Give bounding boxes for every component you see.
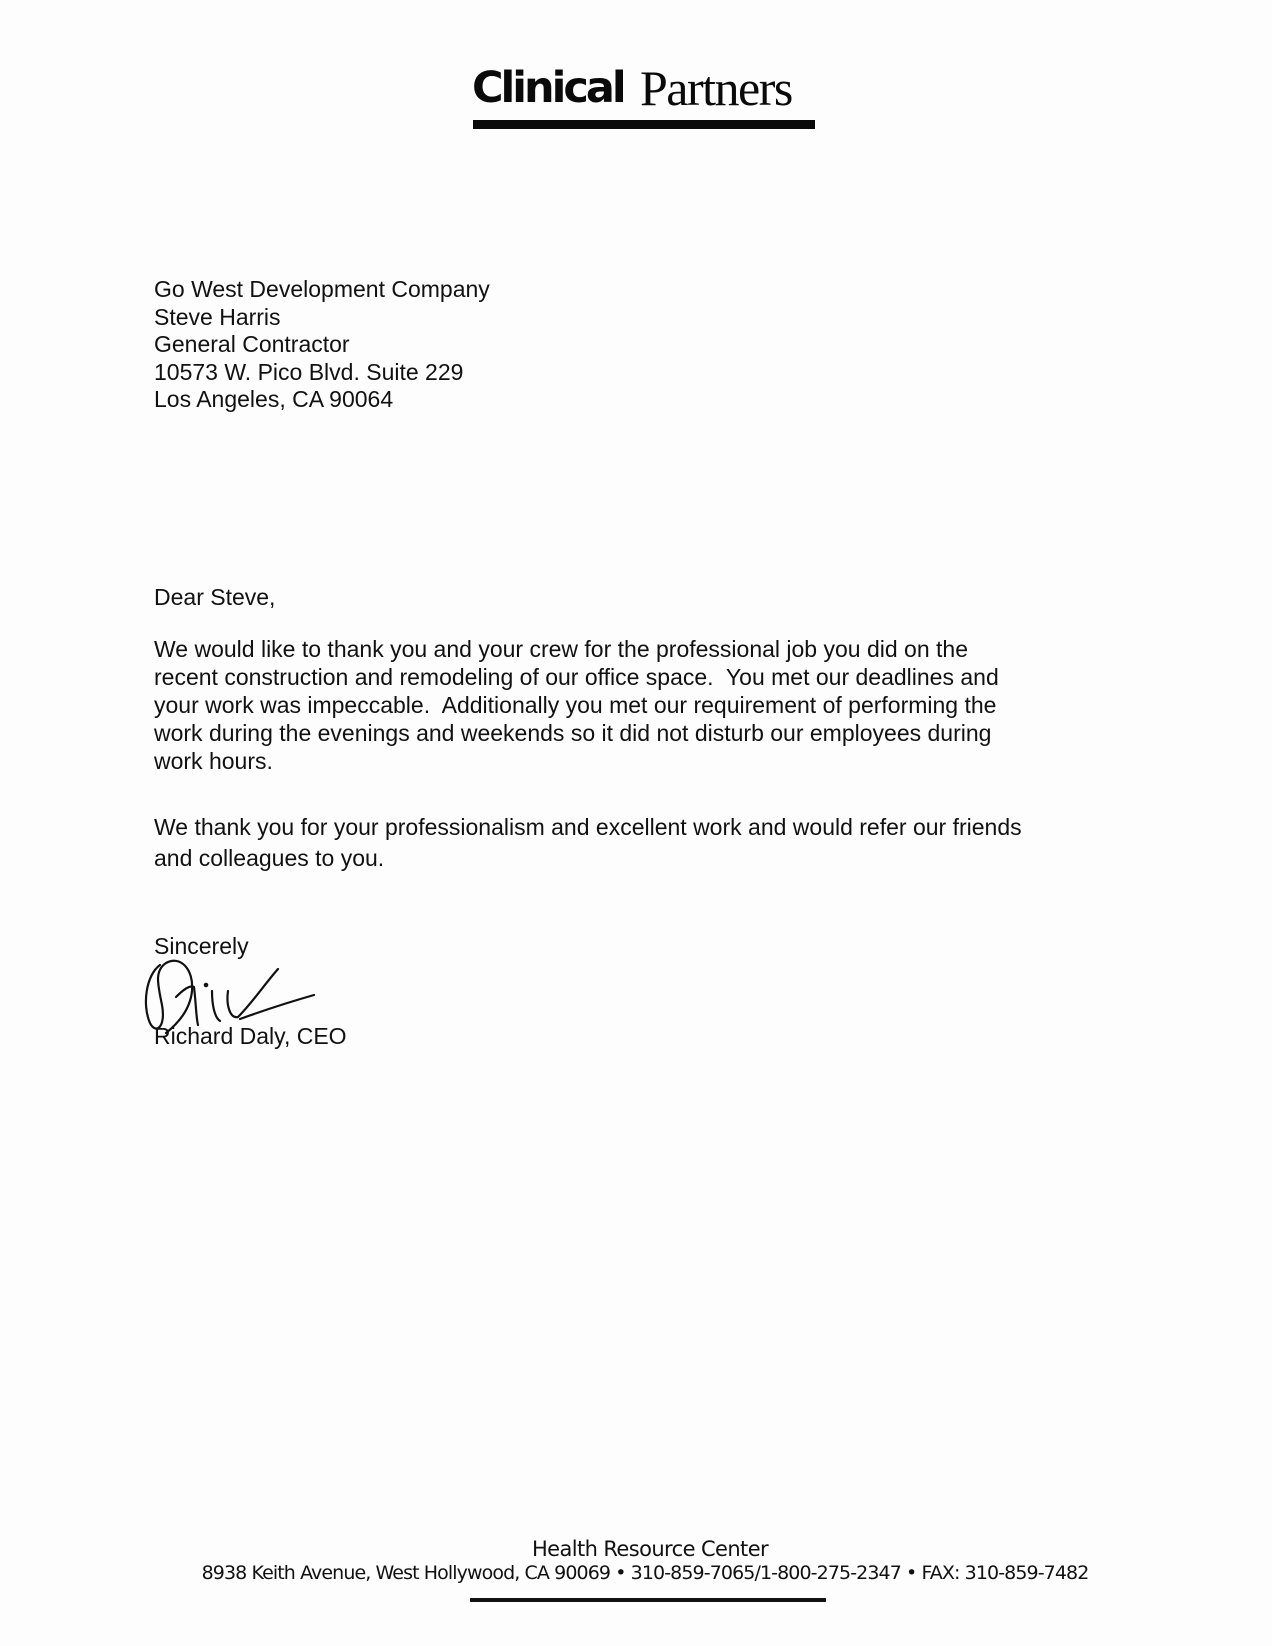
recipient-street: 10573 W. Pico Blvd. Suite 229 [154,359,490,387]
recipient-city: Los Angeles, CA 90064 [154,386,490,414]
recipient-name: Steve Harris [154,304,490,332]
paragraph-line: We would like to thank you and your crew… [154,635,1134,663]
recipient-company: Go West Development Company [154,276,490,304]
recipient-title: General Contractor [154,331,490,359]
logo-underline-bar [473,120,815,129]
signer-name: Richard Daly, CEO [154,1022,347,1050]
paragraph-line: work during the evenings and weekends so… [154,719,1134,747]
footer-title: Health Resource Center [0,1536,1272,1562]
paragraph-line: recent construction and remodeling of ou… [154,663,1134,691]
salutation: Dear Steve, [154,583,275,611]
logo-partners: Partners [640,60,792,116]
paragraph-line: your work was impeccable. Additionally y… [154,691,1134,719]
body-paragraph-2: We thank you for your professionalism an… [154,812,1154,874]
logo-clinical: Clinical [472,62,624,114]
footer-address: 8938 Keith Avenue, West Hollywood, CA 90… [0,1561,1272,1585]
letterhead-logo: Clinical Partners [472,62,816,132]
body-paragraph-1: We would like to thank you and your crew… [154,635,1134,775]
paragraph-line: and colleagues to you. [154,843,1154,874]
recipient-address: Go West Development Company Steve Harris… [154,276,490,414]
paragraph-line: work hours. [154,747,1134,775]
footer-rule [470,1598,826,1602]
paragraph-line: We thank you for your professionalism an… [154,812,1154,843]
